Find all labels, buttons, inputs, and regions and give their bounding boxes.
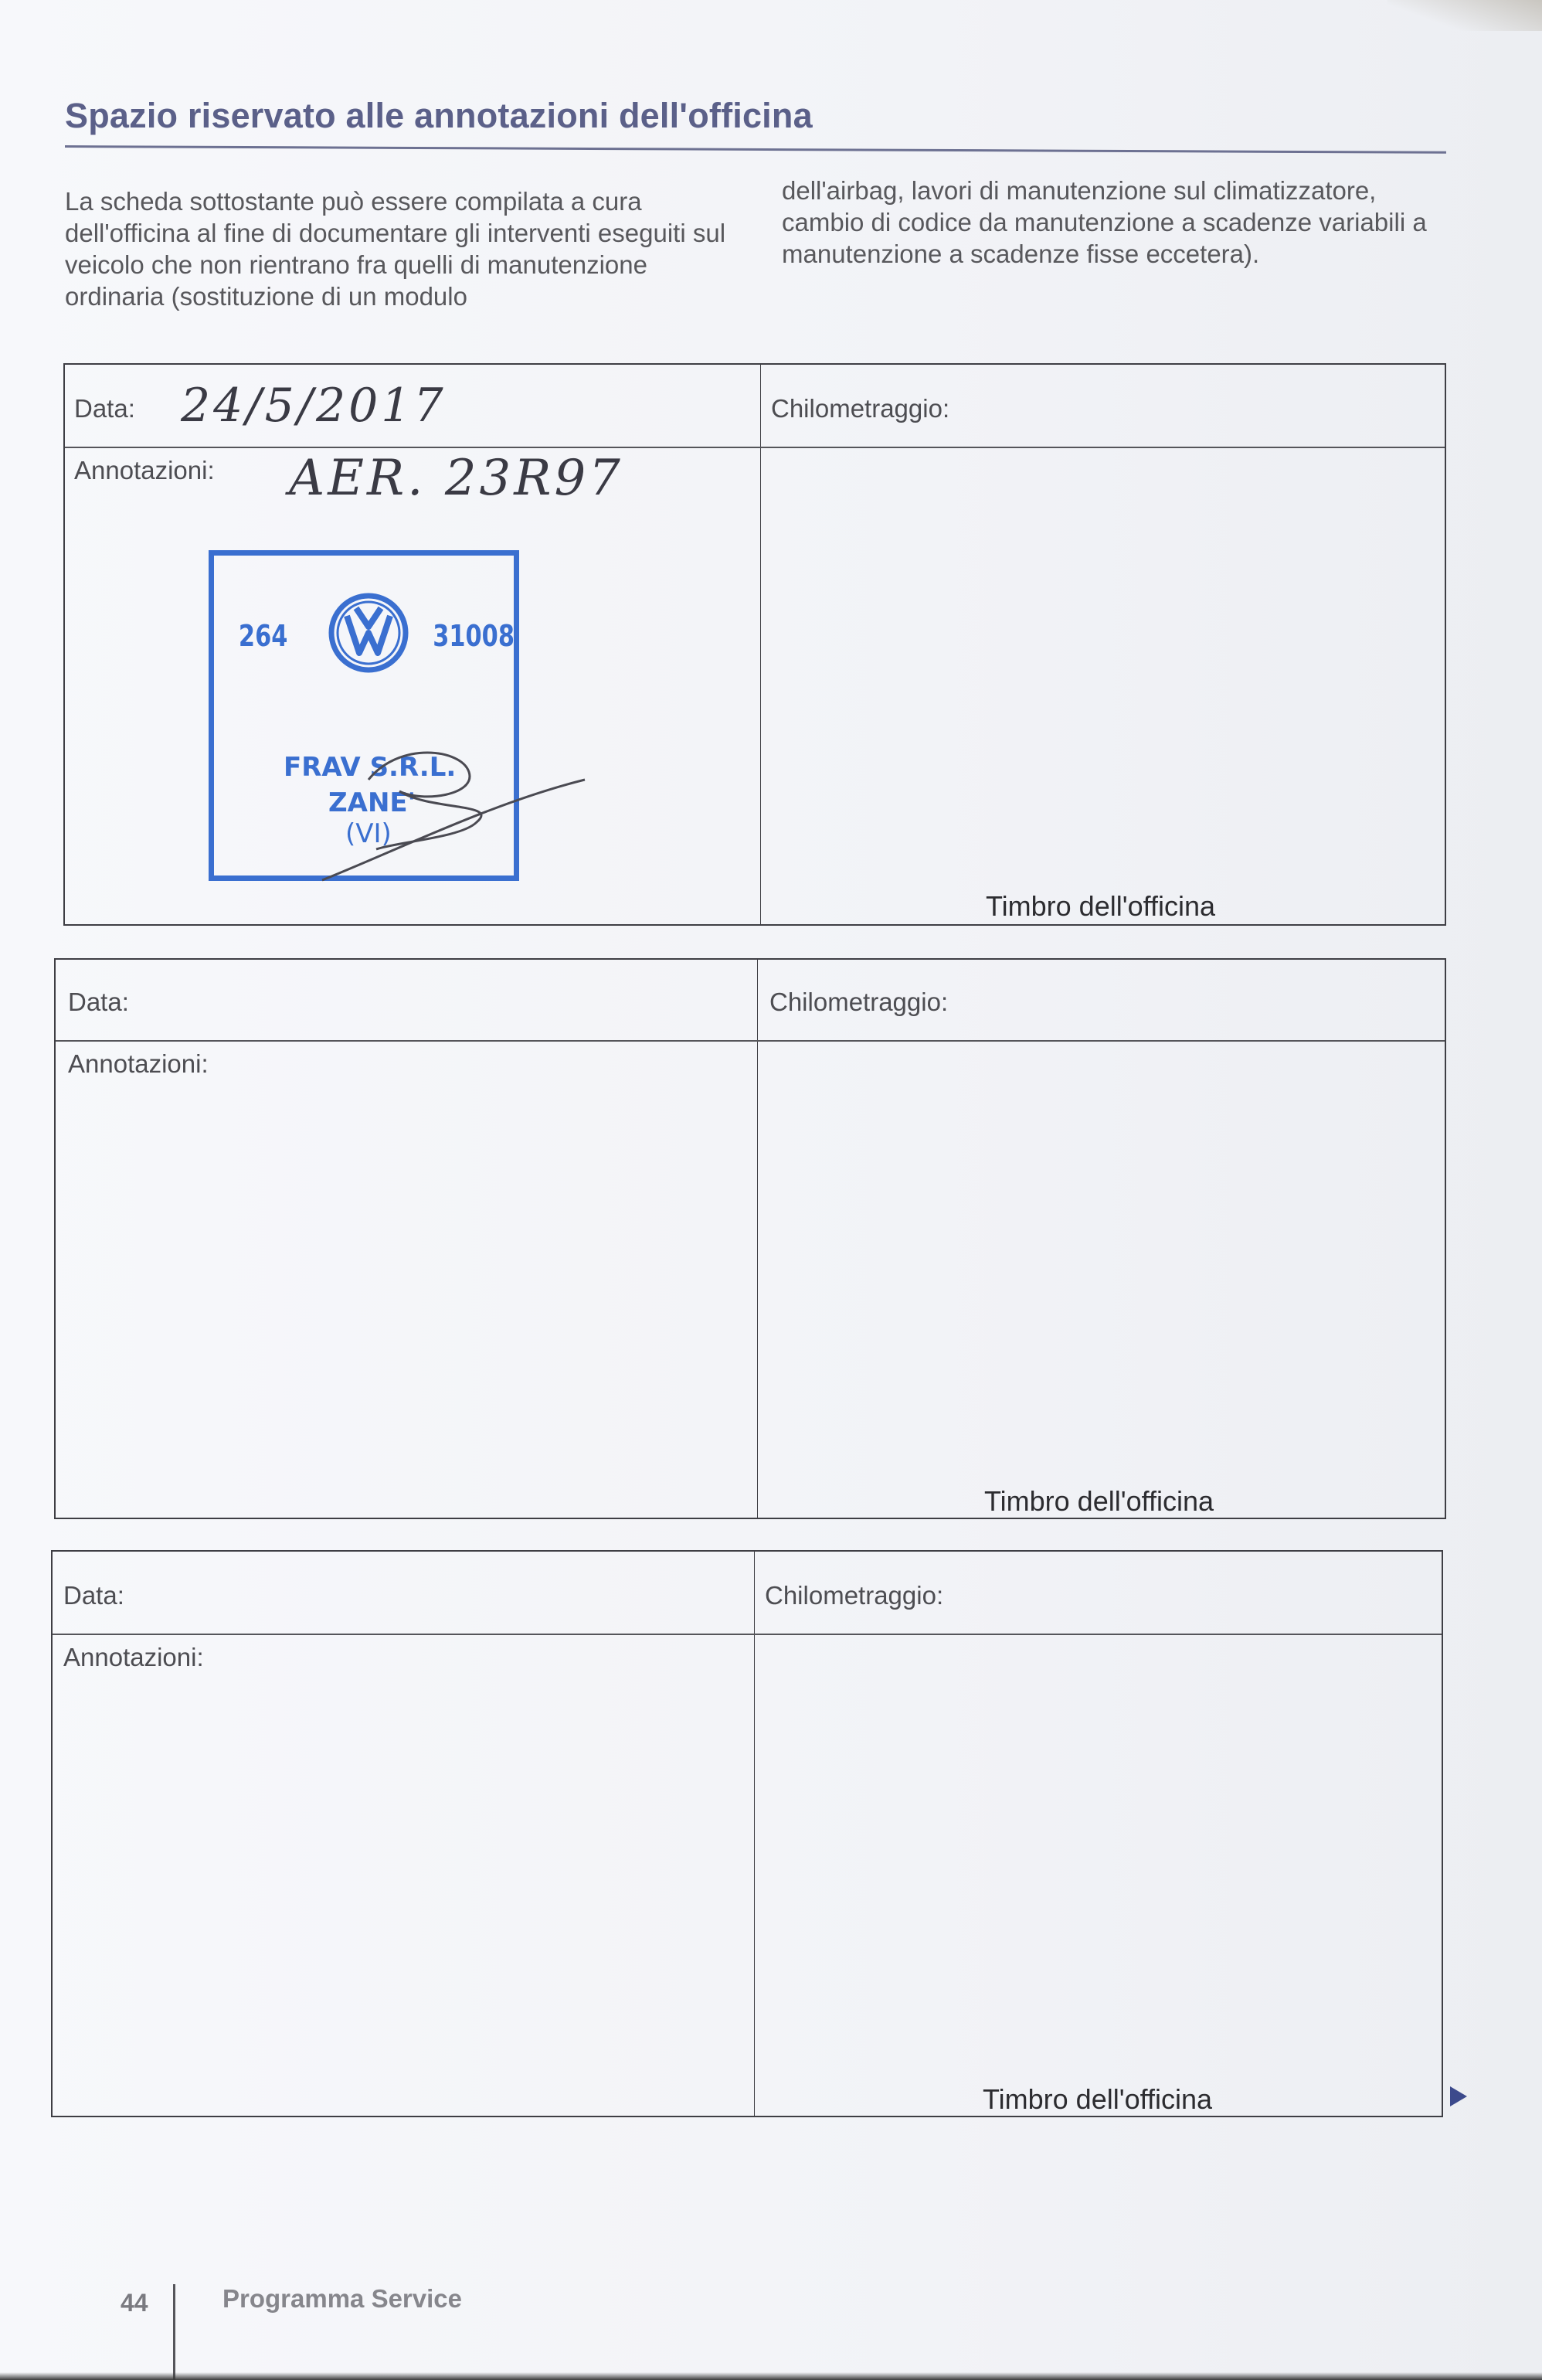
page-bottom-edge xyxy=(0,2372,1542,2380)
page-number: 44 xyxy=(121,2289,148,2317)
workshop-stamp: 264 31008 FRAV S.R.L. ZANE' (VI) xyxy=(209,550,519,881)
stamp-left-number: 264 xyxy=(239,619,287,653)
page-title: Spazio riservato alle annotazioni dell'o… xyxy=(65,96,813,136)
footer-divider xyxy=(173,2284,175,2380)
column-divider xyxy=(760,365,761,924)
date-label: Data: xyxy=(68,988,129,1017)
intro-text-left: La scheda sottostante può essere compila… xyxy=(65,185,745,312)
column-divider xyxy=(757,960,758,1518)
title-underline xyxy=(65,145,1446,154)
notes-label: Annotazioni: xyxy=(74,456,215,485)
column-divider xyxy=(754,1552,755,2116)
annotation-form-3: Data: Chilometraggio: Annotazioni: Timbr… xyxy=(51,1550,1443,2117)
date-label: Data: xyxy=(63,1581,124,1610)
stamp-right-number: 31008 xyxy=(433,619,515,653)
notes-field[interactable]: AER. 23R97 xyxy=(289,450,623,507)
notes-label: Annotazioni: xyxy=(68,1049,209,1079)
intro-text-right: dell'airbag, lavori di manutenzione sul … xyxy=(782,175,1446,270)
mileage-label: Chilometraggio: xyxy=(765,1581,943,1610)
page-corner-shadow xyxy=(1387,0,1542,31)
signature-scribble xyxy=(245,695,600,896)
stamp-label: Timbro dell'officina xyxy=(986,890,1215,923)
stamp-label: Timbro dell'officina xyxy=(983,2083,1212,2116)
notes-label: Annotazioni: xyxy=(63,1643,204,1672)
row-divider xyxy=(53,1634,1442,1635)
stamp-label: Timbro dell'officina xyxy=(984,1485,1214,1518)
row-divider xyxy=(56,1040,1445,1042)
next-page-arrow-icon[interactable] xyxy=(1450,2086,1467,2106)
section-title: Programma Service xyxy=(222,2284,462,2314)
date-label: Data: xyxy=(74,394,135,423)
row-divider xyxy=(65,447,1445,448)
mileage-label: Chilometraggio: xyxy=(771,394,949,423)
date-field[interactable]: 24/5/2017 xyxy=(181,379,447,433)
annotation-form-2: Data: Chilometraggio: Annotazioni: Timbr… xyxy=(54,958,1446,1519)
vw-logo-icon xyxy=(328,593,409,673)
mileage-label: Chilometraggio: xyxy=(769,988,948,1017)
